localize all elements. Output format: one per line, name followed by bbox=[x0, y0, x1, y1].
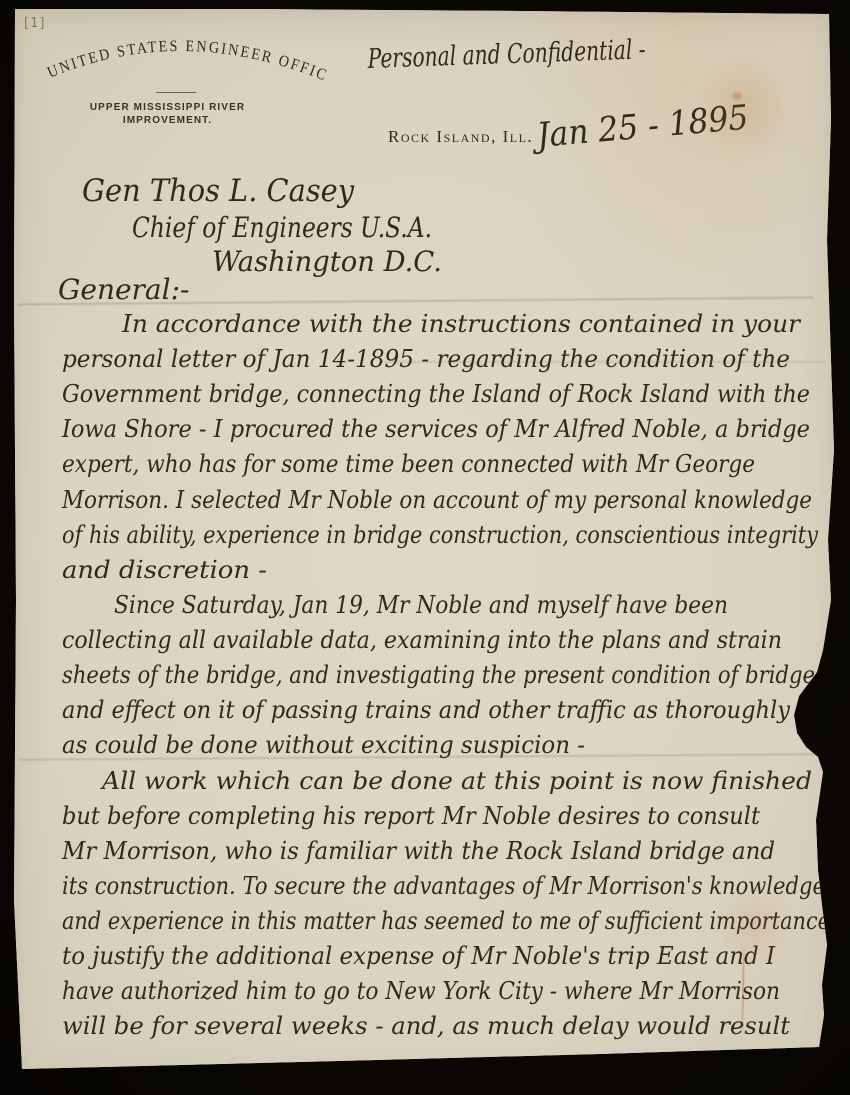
letter-line: In accordance with the instructions cont… bbox=[121, 310, 802, 338]
letter-paper: [1] UNITED STATES ENGINEER OFFICE. UPPER… bbox=[0, 0, 850, 1095]
stain-dot bbox=[732, 92, 742, 100]
letter-line: Since Saturday, Jan 19, Mr Noble and mys… bbox=[114, 591, 728, 619]
letter-line: Mr Morrison, who is familiar with the Ro… bbox=[61, 837, 775, 865]
letter-line: Iowa Shore - I procured the services of … bbox=[61, 415, 810, 443]
stain-top-right bbox=[695, 55, 795, 165]
stain-bottom-right bbox=[715, 885, 795, 970]
letter-line: to justify the additional expense of Mr … bbox=[62, 942, 775, 970]
fold-crease-middle bbox=[380, 360, 825, 364]
letter-line: but before completing his report Mr Nobl… bbox=[62, 802, 760, 830]
letter-line: and discretion - bbox=[62, 556, 267, 584]
letter-line: All work which can be done at this point… bbox=[100, 767, 812, 795]
recipient-city: Washington D.C. bbox=[212, 245, 442, 278]
recipient-title: Chief of Engineers U.S.A. bbox=[132, 211, 432, 244]
letter-line: expert, who has for some time been conne… bbox=[62, 450, 755, 478]
letter-line: of his ability, experience in bridge con… bbox=[62, 521, 818, 549]
letter-line: collecting all available data, examining… bbox=[62, 626, 782, 654]
classification-note: Personal and Confidential - bbox=[366, 34, 646, 75]
letter-line: Morrison. I selected Mr Noble on account… bbox=[61, 486, 812, 514]
letter-line: have authorized him to go to New York Ci… bbox=[62, 977, 780, 1005]
letter-line: and effect on it of passing trains and o… bbox=[62, 696, 790, 724]
letter-line: its construction. To secure the advantag… bbox=[62, 872, 825, 900]
recipient-name: Gen Thos L. Casey bbox=[82, 173, 354, 209]
letter-line: sheets of the bridge, and investigating … bbox=[62, 661, 815, 689]
letter-line: personal letter of Jan 14-1895 - regardi… bbox=[62, 345, 790, 373]
letter-line: Government bridge, connecting the Island… bbox=[62, 380, 810, 408]
letter-line: will be for several weeks - and, as much… bbox=[62, 1012, 790, 1040]
